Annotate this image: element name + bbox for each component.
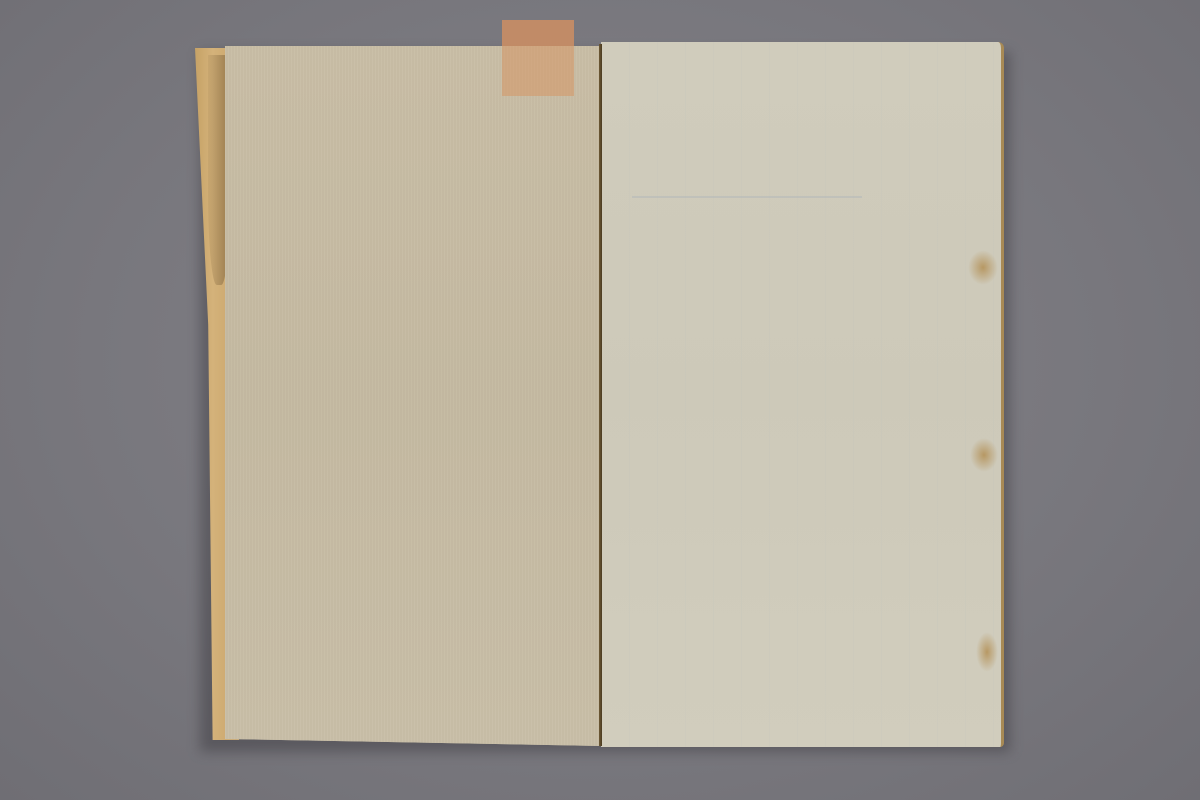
stain-mark	[976, 632, 998, 672]
paper-tab-top	[502, 20, 574, 46]
stain-mark	[968, 250, 998, 285]
center-gutter	[599, 44, 602, 746]
faint-ruled-line	[632, 196, 862, 198]
right-page	[601, 42, 1004, 747]
left-page	[225, 46, 601, 746]
stain-mark	[970, 438, 998, 472]
